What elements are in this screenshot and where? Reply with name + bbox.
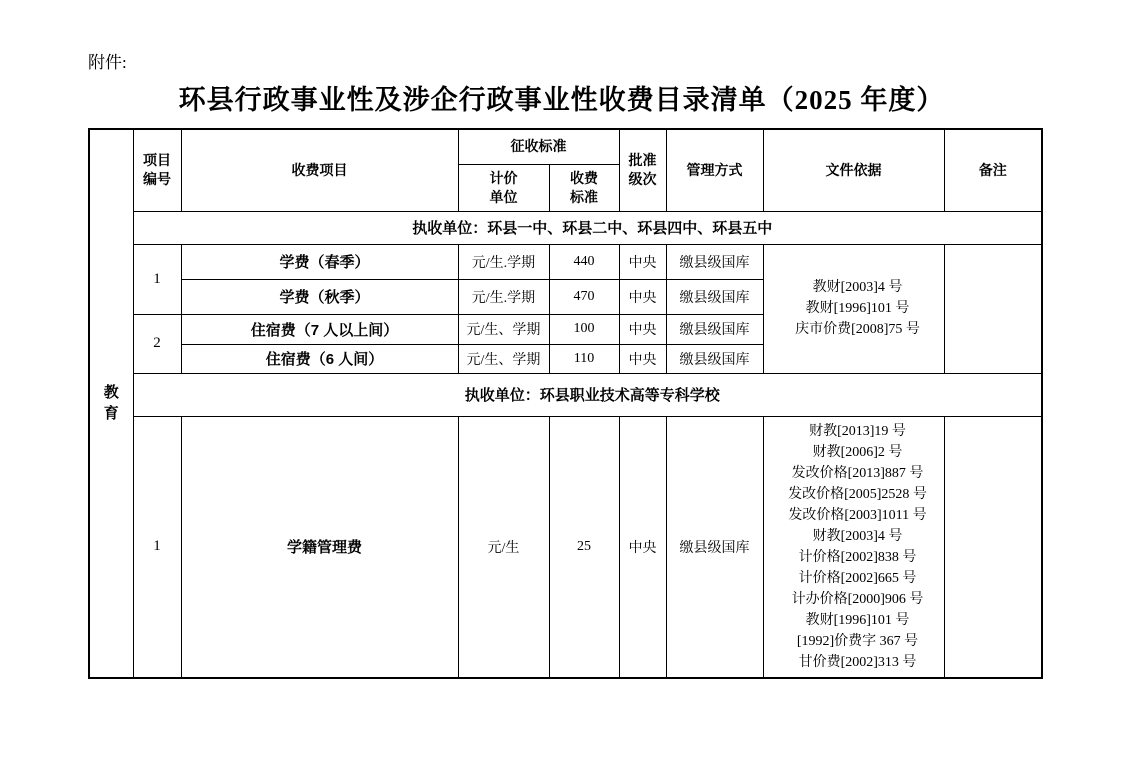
header-standard: 收费 标准 (549, 164, 619, 211)
row-item-no: 2 (133, 314, 181, 373)
section1-document-basis: 教财[2003]4 号 教财[1996]101 号 庆市价费[2008]75 号 (763, 244, 944, 373)
row-standard: 110 (549, 344, 619, 373)
header-unit: 计价 单位 (458, 164, 549, 211)
header-levy-standard: 征收标准 (458, 129, 619, 164)
row-management: 缴县级国库 (666, 244, 763, 279)
row-approval-level: 中央 (619, 244, 666, 279)
section2-header-row: 执收单位：环县职业技术高等专科学校 (89, 373, 1042, 416)
row-fee-item: 住宿费（7 人以上间） (181, 314, 458, 344)
row-item-no: 1 (133, 416, 181, 678)
header-row-top: 教育 项目 编号 收费项目 征收标准 批准 级次 管理方式 文件依据 备注 (89, 129, 1042, 164)
row-fee-item: 学费（秋季） (181, 279, 458, 314)
row-approval-level: 中央 (619, 416, 666, 678)
row-standard: 100 (549, 314, 619, 344)
row-management: 缴县级国库 (666, 416, 763, 678)
row-standard: 25 (549, 416, 619, 678)
header-document-basis: 文件依据 (763, 129, 944, 211)
row-item-no: 1 (133, 244, 181, 314)
fee-table: 教育 项目 编号 收费项目 征收标准 批准 级次 管理方式 文件依据 备注 计价… (88, 128, 1043, 679)
section1-title: 执收单位：环县一中、环县二中、环县四中、环县五中 (133, 211, 1042, 244)
header-management: 管理方式 (666, 129, 763, 211)
section2-document-basis: 财教[2013]19 号 财教[2006]2 号 发改价格[2013]887 号… (763, 416, 944, 678)
document-page: { "colors": { "text": "#000000", "backgr… (0, 0, 1123, 779)
header-item-no: 项目 编号 (133, 129, 181, 211)
row-standard: 440 (549, 244, 619, 279)
category-label: 教育 (103, 383, 120, 424)
section2-remarks (944, 416, 1042, 678)
row-unit: 元/生.学期 (458, 279, 549, 314)
page-title: 环县行政事业性及涉企行政事业性收费目录清单（2025 年度） (0, 78, 1123, 117)
section2-title: 执收单位：环县职业技术高等专科学校 (133, 373, 1042, 416)
section1-remarks (944, 244, 1042, 373)
row-unit: 元/生、学期 (458, 314, 549, 344)
row-fee-item: 学费（春季） (181, 244, 458, 279)
header-approval-level: 批准 级次 (619, 129, 666, 211)
row-unit: 元/生.学期 (458, 244, 549, 279)
row-unit: 元/生 (458, 416, 549, 678)
row-approval-level: 中央 (619, 279, 666, 314)
row-management: 缴县级国库 (666, 279, 763, 314)
row-management: 缴县级国库 (666, 314, 763, 344)
row-approval-level: 中央 (619, 314, 666, 344)
category-cell: 教育 (89, 129, 133, 678)
table-row: 1 学籍管理费 元/生 25 中央 缴县级国库 财教[2013]19 号 财教[… (89, 416, 1042, 678)
section1-header-row: 执收单位：环县一中、环县二中、环县四中、环县五中 (89, 211, 1042, 244)
row-fee-item: 住宿费（6 人间） (181, 344, 458, 373)
row-unit: 元/生、学期 (458, 344, 549, 373)
attachment-label: 附件: (88, 48, 127, 73)
row-approval-level: 中央 (619, 344, 666, 373)
row-standard: 470 (549, 279, 619, 314)
header-fee-item: 收费项目 (181, 129, 458, 211)
row-management: 缴县级国库 (666, 344, 763, 373)
row-fee-item: 学籍管理费 (181, 416, 458, 678)
table-row: 1 学费（春季） 元/生.学期 440 中央 缴县级国库 教财[2003]4 号… (89, 244, 1042, 279)
header-remarks: 备注 (944, 129, 1042, 211)
